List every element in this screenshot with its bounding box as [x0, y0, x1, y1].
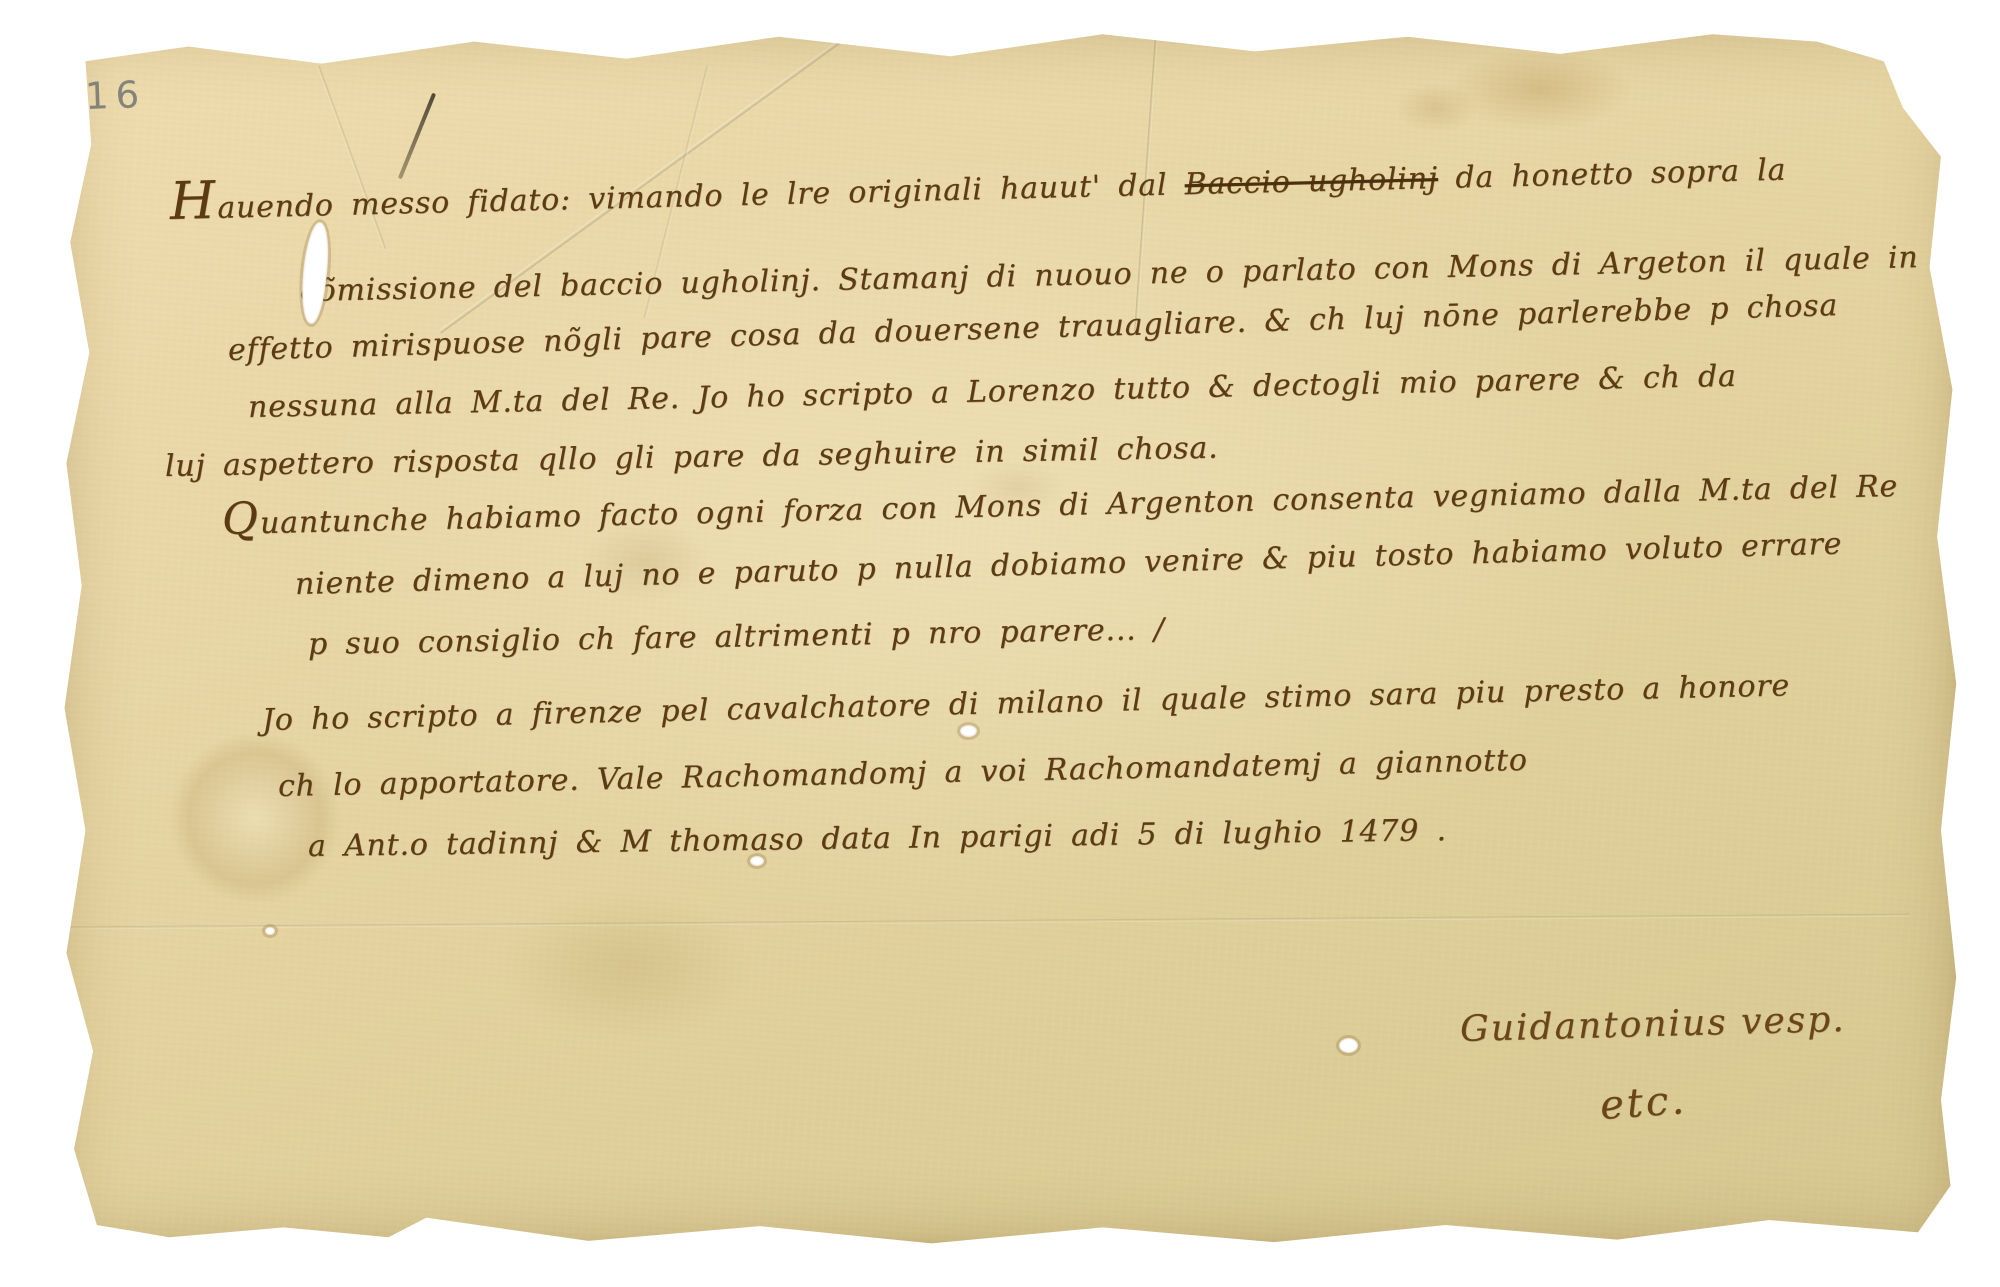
line-text: auendo messo fidato: vimando le lre orig… — [217, 167, 1185, 226]
initial-letter: H — [169, 171, 218, 232]
manuscript-line-11: a Ant.o tadinnj & M thomaso data In pari… — [308, 813, 1447, 864]
line-text: uantunche habiamo facto ogni forza con M… — [260, 469, 1899, 541]
paper-hole — [960, 725, 977, 737]
manuscript-line-1: Hauendo messo fidato: vimando le lre ori… — [170, 153, 1787, 227]
pencil-folio-number: 16 — [84, 73, 147, 118]
photo-background: 16 Hauendo messo fidato: vimando le lre … — [0, 0, 2000, 1287]
signature-flourish: etc. — [1599, 1077, 1689, 1129]
initial-letter: Q — [221, 493, 260, 545]
manuscript-line-10: ch lo apportatore. Vale Rachomandomj a v… — [278, 743, 1528, 804]
manuscript-line-5: luj aspettero risposta qllo gli pare da … — [165, 431, 1219, 484]
manuscript-line-4: nessuna alla M.ta del Re. Jo ho scripto … — [248, 359, 1737, 425]
manuscript-line-7: niente dimeno a luj no e paruto p nulla … — [295, 526, 1843, 602]
paper-crease — [60, 914, 1910, 930]
paper-hole — [750, 856, 764, 866]
line-text: da honetto sopra la — [1438, 153, 1787, 196]
struck-text: Baccio ugholinj — [1184, 161, 1438, 202]
manuscript-paper: 16 Hauendo messo fidato: vimando le lre … — [55, 22, 1960, 1247]
paper-hole — [265, 927, 275, 935]
signature-name: Guidantonius vesp. — [1460, 999, 1847, 1050]
paper-hole — [1339, 1038, 1358, 1053]
manuscript-line-9: Jo ho scripto a firenze pel cavalchatore… — [262, 668, 1791, 738]
ink-slash-mark — [398, 93, 436, 180]
manuscript-line-8: p suo consiglio ch fare altrimenti p nro… — [308, 612, 1165, 662]
